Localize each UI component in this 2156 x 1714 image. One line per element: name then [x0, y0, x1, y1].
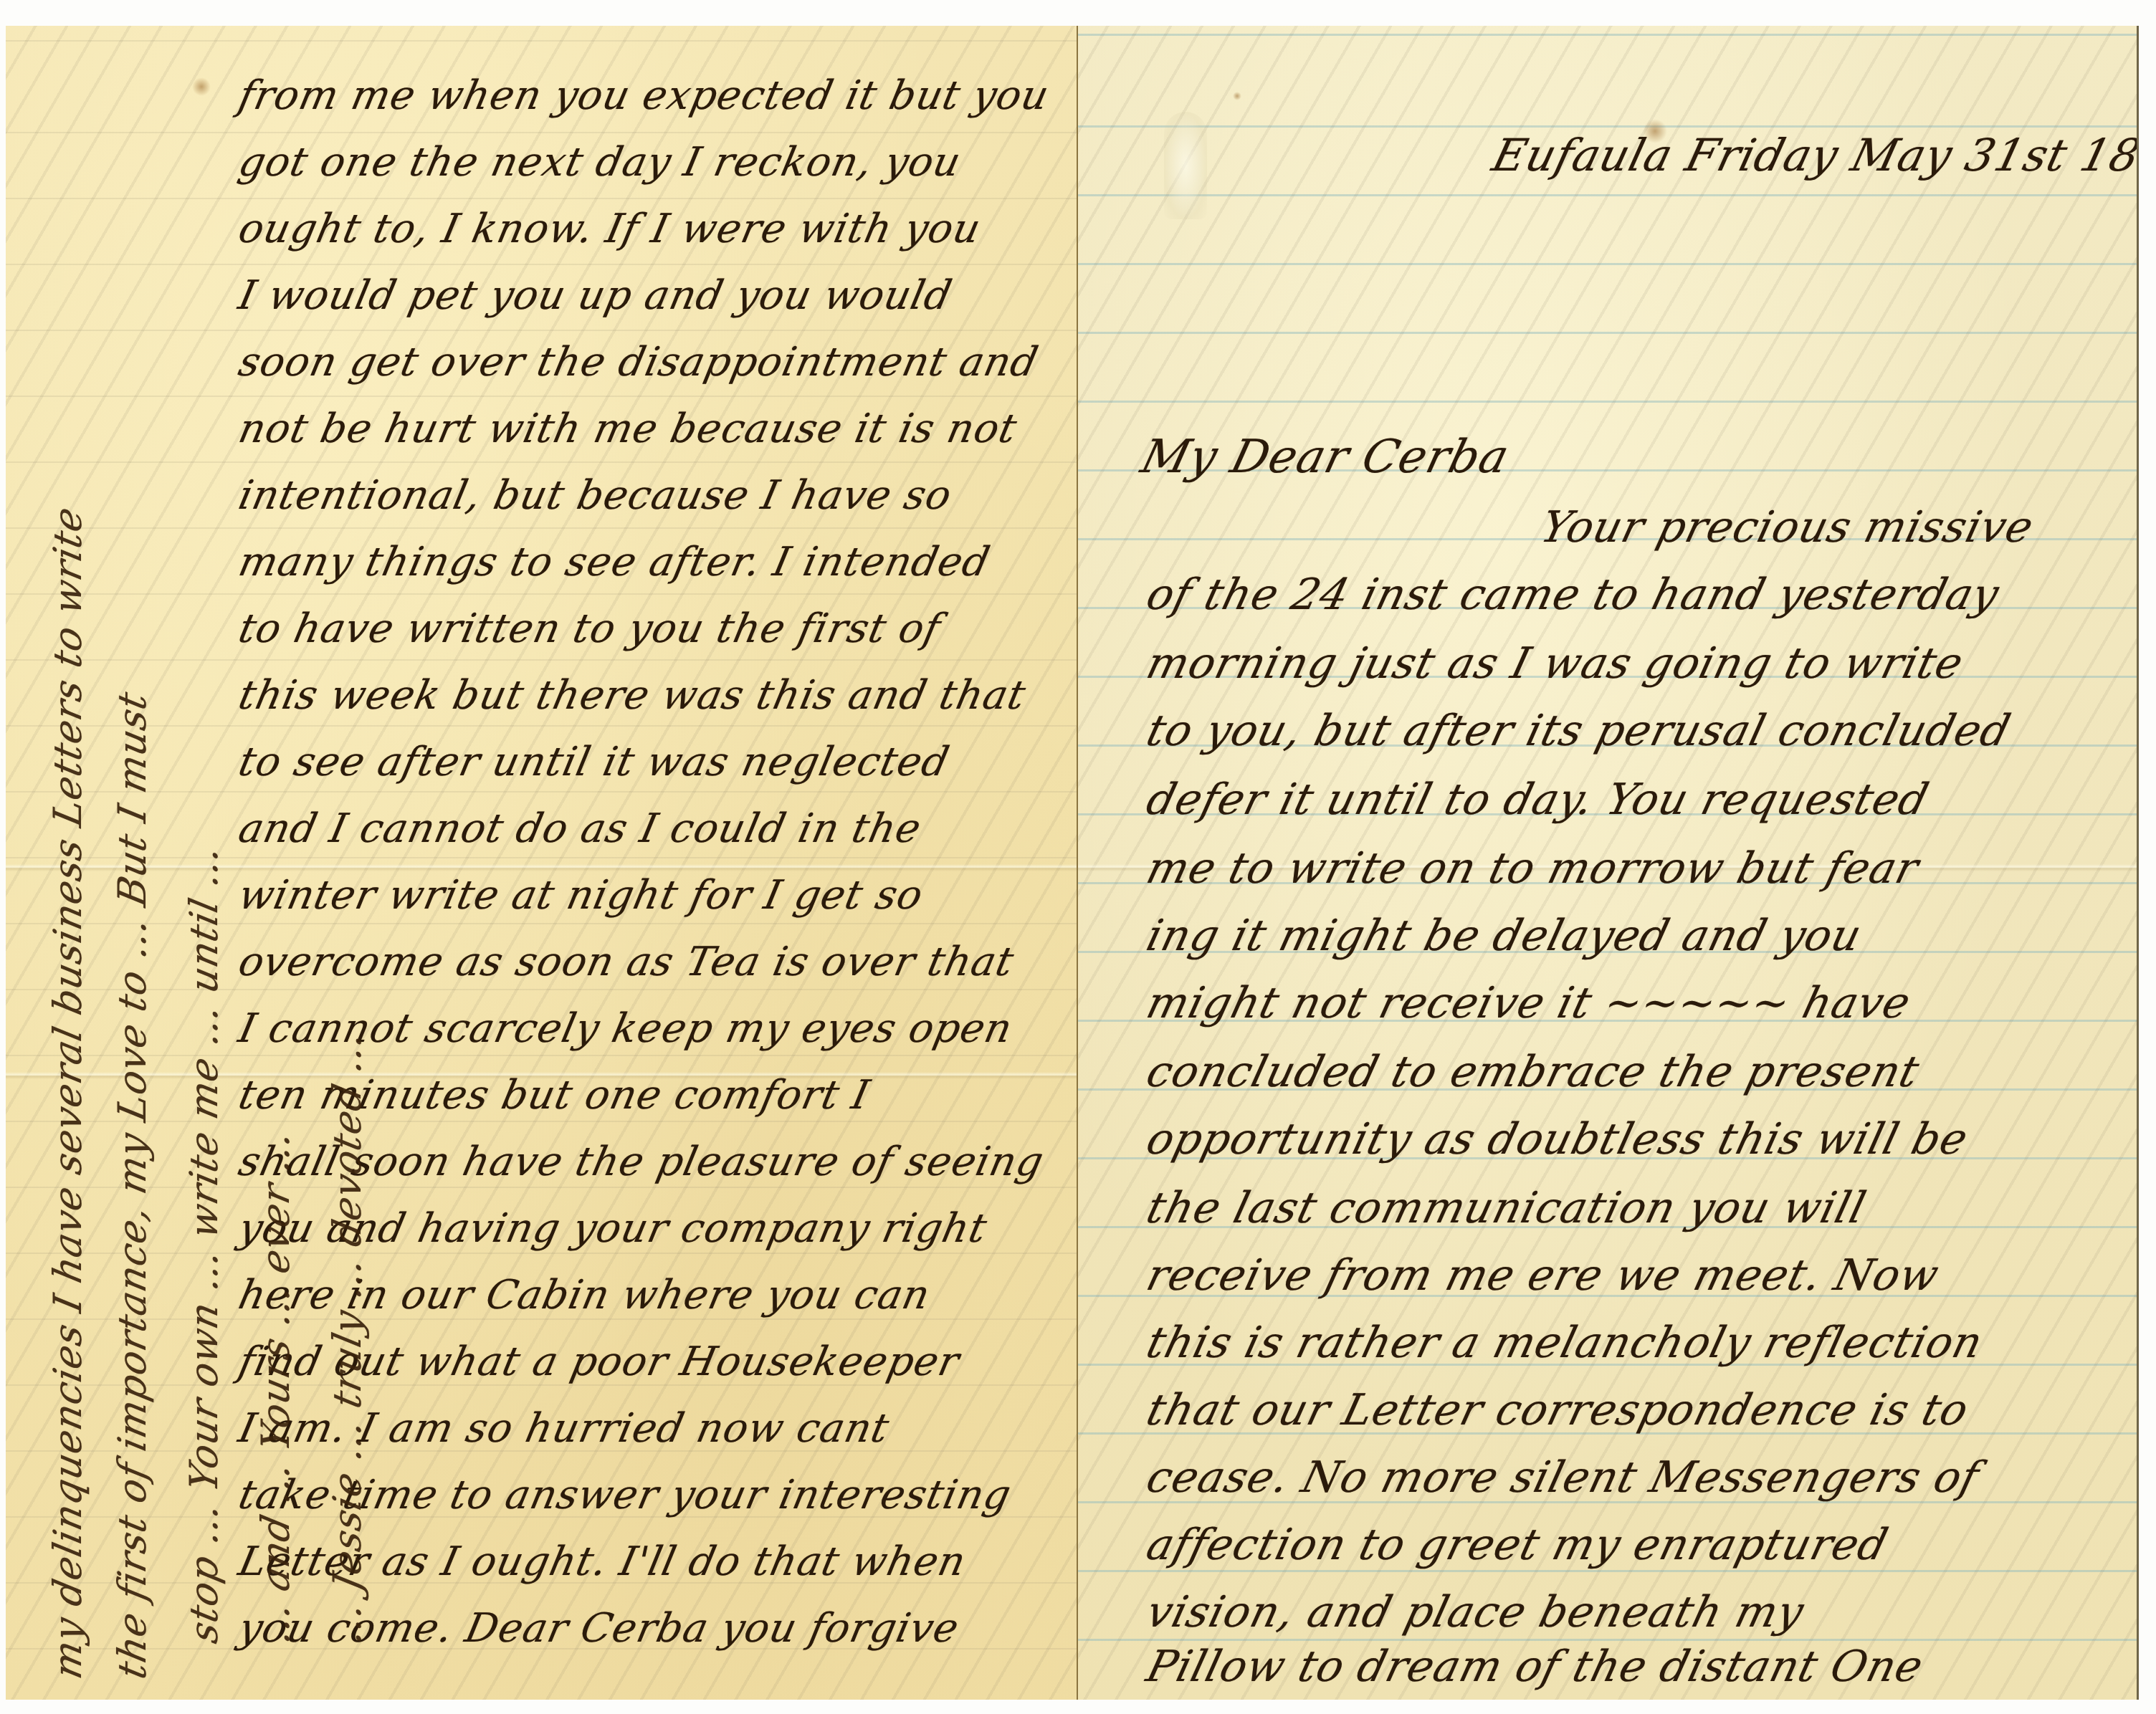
right-line-4: to you, but after its perusal concluded	[1143, 709, 2015, 752]
left-line-13: winter write at night for I get so	[235, 876, 927, 916]
ink-spot	[1233, 92, 1241, 100]
letter-dateline: Eufaula Friday May 31st 1861	[1488, 133, 2139, 178]
right-line-11: the last communication you will	[1143, 1187, 1870, 1230]
cross-written-line-3: stop ... Your own ... write me ... until…	[185, 843, 224, 1647]
left-line-10: this week but there was this and that	[235, 676, 1029, 716]
left-line-3: ought to, I know. If I were with you	[235, 209, 984, 249]
right-line-18: Pillow to dream of the distant One	[1143, 1645, 1927, 1688]
scanned-letter: from me when you expected it but you got…	[0, 0, 2156, 1714]
right-line-2: of the 24 inst came to hand yesterday	[1143, 573, 2003, 616]
left-line-2: got one the next day I reckon, you	[235, 143, 965, 183]
right-line-15: cease. No more silent Messengers of	[1143, 1456, 1983, 1499]
cross-written-line-1: my delinquencies I have several business…	[49, 503, 87, 1682]
right-line-5: defer it until to day. You requested	[1143, 778, 1933, 821]
left-line-4: I would pet you up and you would	[235, 276, 955, 316]
right-line-12: receive from me ere we meet. Now	[1143, 1254, 1943, 1297]
right-line-6: me to write on to morrow but fear	[1143, 847, 1923, 890]
right-line-3: morning just as I was going to write	[1143, 642, 1967, 685]
right-line-10: opportunity as doubtless this will be	[1143, 1118, 1973, 1161]
right-line-8: might not receive it ~~~~~ have	[1143, 982, 1915, 1025]
left-line-14: overcome as soon as Tea is over that	[235, 942, 1017, 982]
cross-written-line-2: the first of importance, my Love to ... …	[113, 688, 152, 1682]
left-line-12: and I cannot do as I could in the	[235, 809, 925, 849]
right-line-17: vision, and place beneath my	[1143, 1591, 1808, 1634]
right-line-13: this is rather a melancholy reflection	[1143, 1321, 1987, 1364]
right-page: Eufaula Friday May 31st 1861 My Dear Cer…	[1078, 26, 2139, 1700]
ink-stain	[192, 77, 211, 96]
left-line-1: from me when you expected it but you	[235, 76, 1053, 116]
cross-written-line-4: ... and ... Yours ... ever ...	[257, 1127, 295, 1646]
left-line-7: intentional, but because I have so	[235, 476, 955, 516]
left-line-6: not be hurt with me because it is not	[235, 409, 1021, 449]
right-line-1: Your precious missive	[1537, 506, 2038, 549]
left-line-11: to see after until it was neglected	[235, 742, 953, 782]
letter-salutation: My Dear Cerba	[1137, 434, 1514, 480]
embossed-stationery-mark	[1164, 112, 1207, 219]
right-line-14: that our Letter correspondence is to	[1143, 1389, 1973, 1432]
left-line-8: many things to see after. I intended	[235, 542, 993, 583]
right-line-16: affection to greet my enraptured	[1143, 1523, 1892, 1566]
left-line-9: to have written to you the first of	[235, 609, 944, 649]
left-page: from me when you expected it but you got…	[6, 26, 1078, 1700]
cross-written-line-5: ... Jessie ... truly ... devoted ...	[328, 1028, 367, 1647]
left-line-5: soon get over the disappointment and	[235, 343, 1041, 383]
right-line-9: concluded to embrace the present	[1143, 1050, 1924, 1093]
horizontal-fold-crease	[6, 864, 1077, 871]
right-line-7: ing it might be delayed and you	[1143, 914, 1866, 957]
